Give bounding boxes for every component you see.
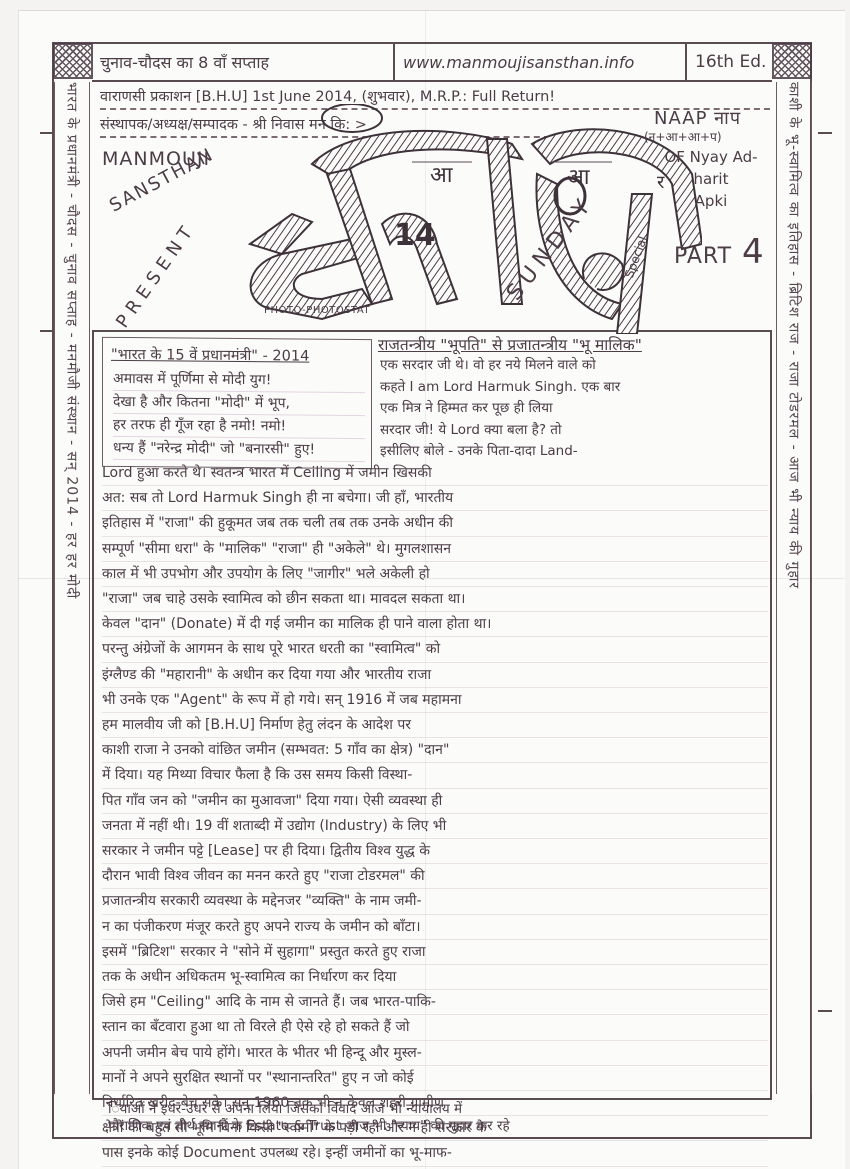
body-line: पित गाँव जन को "जमीन का मुआवजा" दिया गया… <box>102 789 768 814</box>
article-heading: "भारत के 15 वें प्रधानमंत्री" - 2014 <box>111 344 309 366</box>
publication-line: वाराणसी प्रकाशन [B.H.U] 1st June 2014, (… <box>100 86 770 106</box>
part-text: PART <box>674 244 732 269</box>
body-line: सरकार ने जमीन पट्टे [Lease] पर ही दिया। … <box>102 839 768 864</box>
naap-desc-line: OF Nyay Ad- <box>652 146 770 168</box>
body-line: केवल "दान" (Donate) में दी गई जमीन का मा… <box>102 612 768 637</box>
part-number: 4 <box>742 232 765 272</box>
footer-text: ियाओं ने इधर-उधर से अपना लिया जिसका विवा… <box>108 1101 768 1135</box>
body-line: परन्तु अंग्रेजों के आगमन के साथ पूरे भार… <box>102 637 768 662</box>
footer-line: ियाओं ने इधर-उधर से अपना लिया जिसका विवा… <box>108 1101 768 1118</box>
article-heading-land: राजतन्त्रीय "भूपति" से प्रजातन्त्रीय "भू… <box>378 333 642 355</box>
article-line: अमावस में पूर्णिमा से मोदी युग! <box>113 368 365 393</box>
website: www.manmoujisansthan.info <box>395 44 687 80</box>
naap-expansion: (न+आ+आ+प) <box>644 128 722 145</box>
margin-tick <box>40 330 54 332</box>
body-line: Lord हुआ करते थे। स्वतन्त्र भारत में Cei… <box>102 461 768 486</box>
tagline: चुनाव-चौदस का 8 वाँ सप्ताह <box>92 44 395 80</box>
top-strip: चुनाव-चौदस का 8 वाँ सप्ताह www.manmoujis… <box>92 44 772 82</box>
article-line: धन्य हैं "नरेन्द्र मोदी" जो "बनारसी" हुए… <box>113 437 365 462</box>
edition-label: 16th Ed. <box>687 44 772 80</box>
side-margin-left: भारत के प्रधानमंत्री - चौदस - चुनाव सप्त… <box>54 82 90 1094</box>
article-line: सरदार जी! ये Lord क्या बला है? तो <box>380 420 770 442</box>
column-rule-left <box>92 330 94 1100</box>
body-line: जिसे हम "Ceiling" आदि के नाम से जानते है… <box>102 990 768 1015</box>
margin-tick <box>818 1010 832 1012</box>
article-line: हर तरफ ही गूँज रहा है नमो! नमो! <box>113 414 365 439</box>
footer-line: पौराणिक एवं तीर्थ स्थानों के Estate & Tr… <box>108 1118 768 1135</box>
title-numeral: 14 <box>394 218 436 253</box>
side-margin-text: भारत के प्रधानमंत्री - चौदस - चुनाव सप्त… <box>63 82 82 599</box>
corner-hatch-icon <box>53 43 93 79</box>
naap-description: OF Nyay Ad- harit Apki <box>652 146 770 212</box>
footer-rule <box>92 1098 772 1100</box>
body-line: इतिहास में "राजा" की हुकूमत जब तक चली तब… <box>102 511 768 536</box>
body-line: मानों ने अपने सुरक्षित स्थानों पर "स्थान… <box>102 1066 768 1091</box>
body-line: काशी राजा ने उनको वांछित जमीन (सम्भवत: 5… <box>102 738 768 763</box>
naap-desc-line: Apki <box>652 190 770 212</box>
body-line: पास इनके कोई Document उपलब्ध रहे। इन्हीं… <box>102 1141 768 1166</box>
svg-text:आ: आ <box>567 165 590 190</box>
photo-credit: PHOTO-PHOTOSTAT <box>264 305 370 316</box>
body-line: हम मालवीय जी को [B.H.U] निर्माण हेतु लंद… <box>102 713 768 738</box>
article-box-pm: "भारत के 15 वें प्रधानमंत्री" - 2014 अमा… <box>102 337 372 469</box>
part-label: PART 4 <box>674 232 765 272</box>
body-line: तक के अधीन अधिकतम भू-स्वामित्व का निर्धा… <box>102 965 768 990</box>
body-line: "राजा" जब चाहे उसके स्वामित्व को छीन सकत… <box>102 587 768 612</box>
column-rule-right <box>770 330 772 1100</box>
article-line: एक मित्र ने हिम्मत कर पूछ ही लिया <box>380 398 770 420</box>
article-body: अमावस में पूर्णिमा से मोदी युग! देखा है … <box>113 368 365 462</box>
naap-label: NAAP नाप <box>654 106 741 130</box>
article-body-land: एक सरदार जी थे। वो हर नये मिलने वाले को … <box>380 355 770 463</box>
main-article-body: Lord हुआ करते थे। स्वतन्त्र भारत में Cei… <box>102 461 768 1167</box>
body-line: इंग्लैण्ड की "महारानी" के अधीन कर दिया ग… <box>102 663 768 688</box>
side-margin-right: काशी के भू-स्वामित्व का इतिहास - ब्रिटिश… <box>776 82 812 1094</box>
body-line: दौरान भावी विश्व जीवन का मनन करते हुए "र… <box>102 864 768 889</box>
article-line: इसीलिए बोले - उनके पिता-दादा Land- <box>380 441 770 463</box>
body-line: अपनी जमीन बेच पाये होंगे। भारत के भीतर भ… <box>102 1041 768 1066</box>
naap-desc-line: harit <box>652 168 770 190</box>
body-line: प्रजातन्त्रीय सरकारी व्यवस्था के मद्देनज… <box>102 889 768 914</box>
article-line: कहते I am Lord Harmuk Singh. एक बार <box>380 377 770 399</box>
svg-text:आ: आ <box>430 163 453 188</box>
body-line: न का पंजीकरण मंजूर करते हुए अपने राज्य क… <box>102 915 768 940</box>
corner-hatch-icon <box>772 43 812 79</box>
body-line: में दिया। यह मिथ्या विचार फैला है कि उस … <box>102 763 768 788</box>
article-line: देखा है और कितना "मोदी" में भूप, <box>113 391 365 416</box>
body-line: सम्पूर्ण "सीमा धरा" के "मालिक" "राजा" ही… <box>102 537 768 562</box>
masthead-title-art-icon: आ आ र <box>232 104 702 334</box>
body-line: भी उनके एक "Agent" के रूप में हो गये। सन… <box>102 688 768 713</box>
margin-tick <box>818 132 832 134</box>
article-line: एक सरदार जी थे। वो हर नये मिलने वाले को <box>380 355 770 377</box>
body-line: जनता में नहीं थी। 19 वीं शताब्दी में उद्… <box>102 814 768 839</box>
masthead: MANMOUJI SANSTHAN PRESENT आ आ र 14 <box>92 140 772 332</box>
side-margin-text: काशी के भू-स्वामित्व का इतिहास - ब्रिटिश… <box>785 82 804 589</box>
present-label: PRESENT <box>112 218 200 332</box>
body-line: अत: सब तो Lord Harmuk Singh ही ना बचेगा।… <box>102 486 768 511</box>
body-line: स्तान का बँटवारा हुआ था तो विरले ही ऐसे … <box>102 1015 768 1040</box>
body-line: इसमें "ब्रिटिश" सरकार ने "सोने में सुहाग… <box>102 940 768 965</box>
margin-tick <box>40 132 54 134</box>
body-line: काल में भी उपभोग और उपयोग के लिए "जागीर"… <box>102 562 768 587</box>
